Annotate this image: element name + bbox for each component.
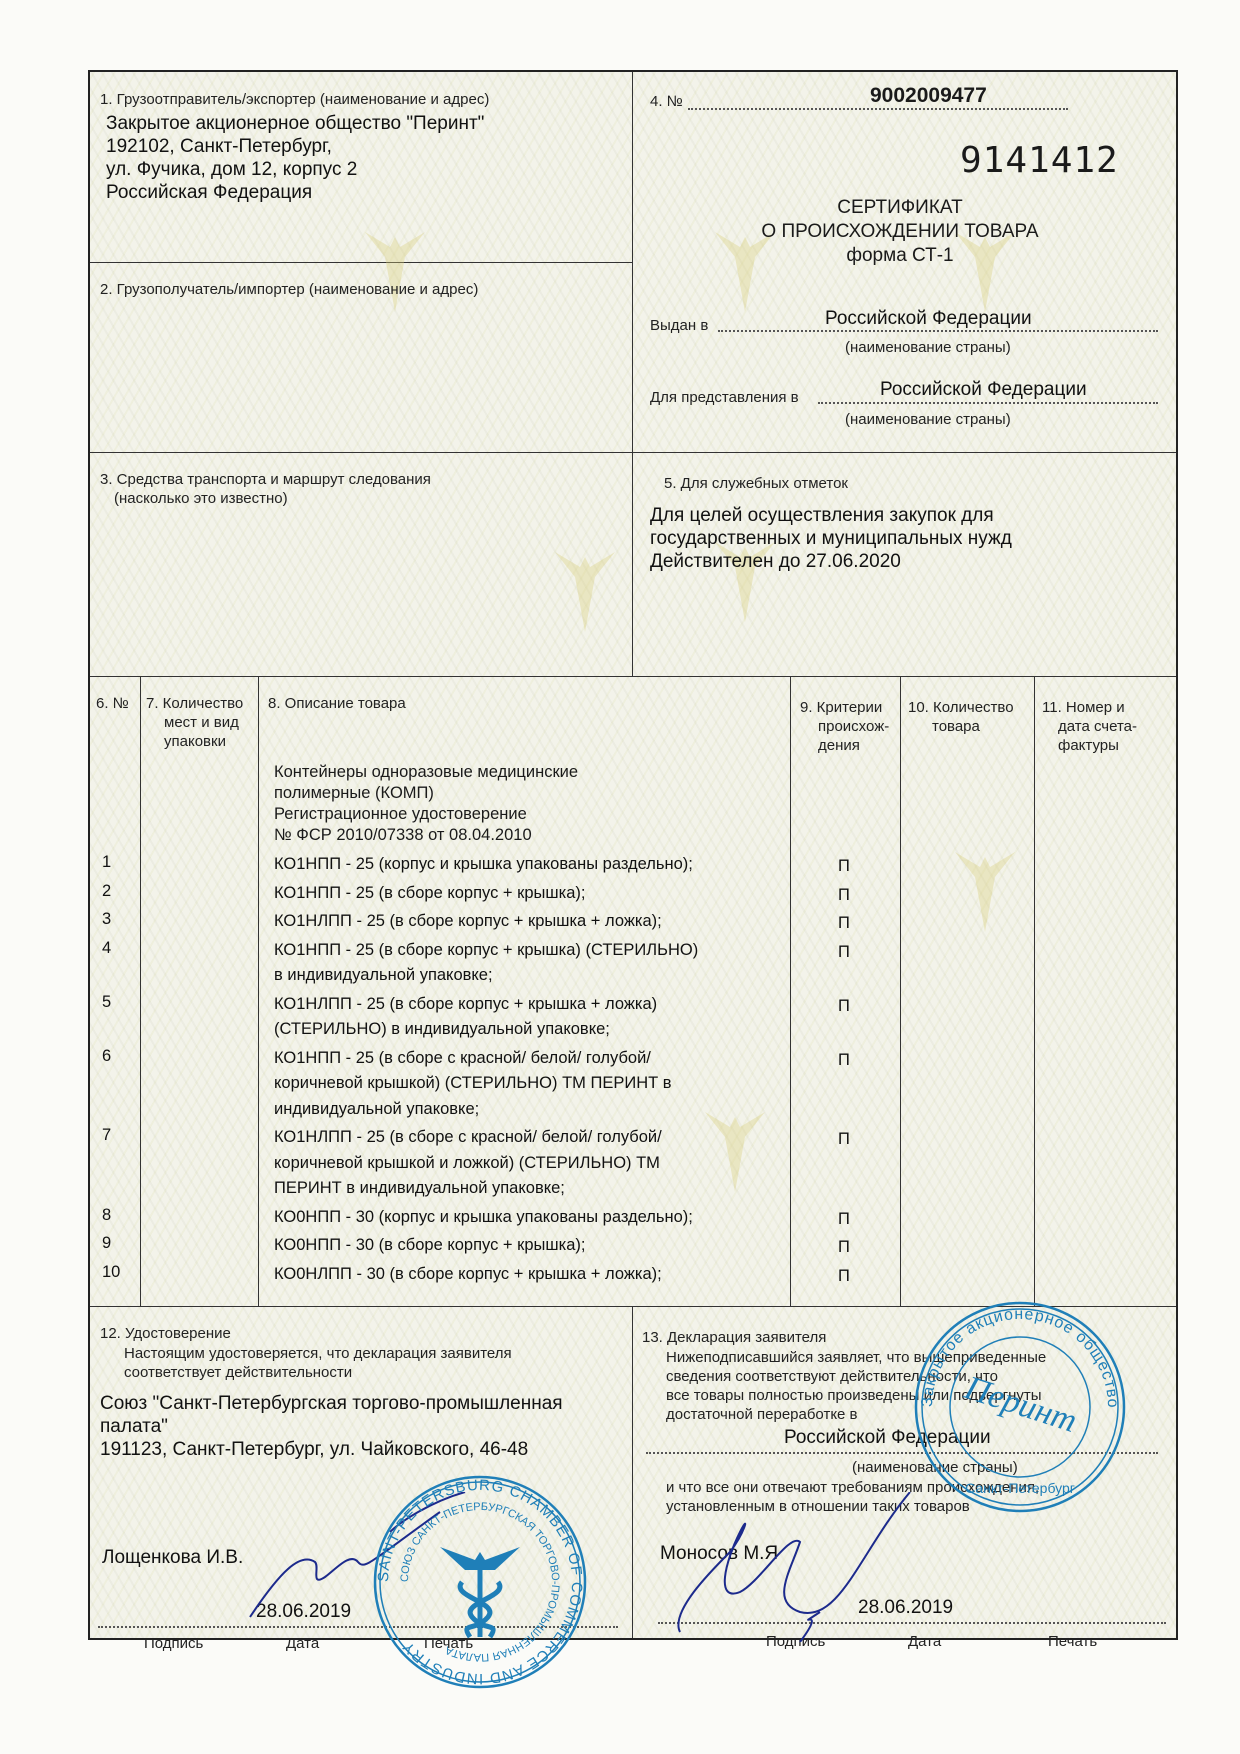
divider <box>90 452 1176 453</box>
row-number: 5 <box>102 992 111 1013</box>
divider <box>140 676 141 1306</box>
divider <box>258 676 259 1306</box>
certificate-form: 1. Грузоотправитель/экспортер (наименова… <box>88 70 1178 1640</box>
present-label: Для представления в <box>650 388 799 407</box>
divider <box>90 676 1176 677</box>
box13-label: 13. Декларация заявителя <box>642 1328 826 1347</box>
box2-label: 2. Грузополучатель/импортер (наименовани… <box>100 280 478 299</box>
intro-line: Контейнеры одноразовые медицинские <box>274 762 578 783</box>
divider <box>900 676 901 1306</box>
row-number: 10 <box>102 1262 120 1283</box>
org-line: палата" <box>100 1415 563 1438</box>
certificate-title: СЕРТИФИКАТ О ПРОИСХОЖДЕНИИ ТОВАРА форма … <box>710 196 1090 268</box>
origin-criterion: П <box>838 1129 850 1150</box>
chamber-stamp-icon: SAINT-PETERSBURG CHAMBER OF COMMERCE AND… <box>370 1472 590 1692</box>
description-line: КО0НПП - 30 (корпус и крышка упакованы р… <box>274 1205 693 1231</box>
present-caption: (наименование страны) <box>845 410 1011 429</box>
box5-label: 5. Для служебных отметок <box>664 474 848 493</box>
divider <box>632 72 633 676</box>
signature-monosov <box>670 1492 930 1642</box>
issued-label: Выдан в <box>650 316 708 335</box>
issued-country: Российской Федерации <box>825 307 1032 330</box>
origin-criterion: П <box>838 1237 850 1258</box>
row-number: 1 <box>102 852 111 873</box>
description-line: КО1НЛПП - 25 (в сборе корпус + крышка + … <box>274 992 657 1018</box>
box12-text: Настоящим удостоверяется, что декларация… <box>124 1344 512 1382</box>
header-line: происхож- <box>800 717 889 736</box>
row-number: 3 <box>102 909 111 930</box>
col-header-criteria: 9. Критерии происхож- дения <box>800 698 889 755</box>
exporter-info: Закрытое акционерное общество "Перинт" 1… <box>106 112 484 204</box>
goods-description: КО1НПП - 25 (в сборе корпус + крышка) (С… <box>274 938 698 989</box>
header-line: 11. Номер и <box>1042 698 1137 717</box>
origin-criterion: П <box>838 913 850 934</box>
description-line: КО0НЛПП - 30 (в сборе корпус + крышка + … <box>274 1262 662 1288</box>
origin-criterion: П <box>838 1266 850 1287</box>
origin-criterion: П <box>838 885 850 906</box>
date-caption: Дата <box>286 1634 319 1653</box>
description-line: в индивидуальной упаковке; <box>274 963 698 989</box>
box12-label: 12. Удостоверение <box>100 1324 231 1343</box>
exporter-address-line: 192102, Санкт-Петербург, <box>106 135 484 158</box>
row-number: 8 <box>102 1205 111 1226</box>
col-header-no: 6. № <box>96 694 129 713</box>
goods-description: КО1НЛПП - 25 (в сборе корпус + крышка + … <box>274 992 657 1043</box>
description-line: КО1НПП - 25 (в сборе корпус + крышка) (С… <box>274 938 698 964</box>
title-line: форма СТ-1 <box>710 244 1090 268</box>
description-line: коричневой крышкой и ложкой) (СТЕРИЛЬНО)… <box>274 1151 662 1177</box>
caduceus-watermark-icon <box>700 1102 770 1192</box>
col-header-invoice: 11. Номер и дата счета- фактуры <box>1042 698 1137 755</box>
goods-description: КО1НЛПП - 25 (в сборе корпус + крышка + … <box>274 909 662 935</box>
col-header-description: 8. Описание товара <box>268 694 406 713</box>
origin-criterion: П <box>838 856 850 877</box>
description-line: КО1НПП - 25 (в сборе корпус + крышка); <box>274 881 585 907</box>
origin-criterion: П <box>838 996 850 1017</box>
title-line: СЕРТИФИКАТ <box>710 196 1090 220</box>
origin-criterion: П <box>838 942 850 963</box>
box1-label: 1. Грузоотправитель/экспортер (наименова… <box>100 90 489 109</box>
title-line: О ПРОИСХОЖДЕНИИ ТОВАРА <box>710 220 1090 244</box>
goods-description: КО1НПП - 25 (в сборе корпус + крышка); <box>274 881 585 907</box>
cert-number: 9002009477 <box>870 84 987 108</box>
svg-text:Санкт-Петербург: Санкт-Петербург <box>965 1480 1075 1496</box>
dotted-line <box>688 108 1068 110</box>
header-line: 7. Количество <box>146 694 243 713</box>
box3-subtitle: (насколько это известно) <box>100 489 431 508</box>
description-line: КО0НПП - 30 (в сборе корпус + крышка); <box>274 1233 585 1259</box>
exporter-address-line: ул. Фучика, дом 12, корпус 2 <box>106 158 484 181</box>
caduceus-watermark-icon <box>550 542 620 632</box>
description-line: коричневой крышкой) (СТЕРИЛЬНО) ТМ ПЕРИН… <box>274 1071 672 1097</box>
svg-text:Перинт: Перинт <box>959 1369 1081 1440</box>
description-line: КО1НПП - 25 (корпус и крышка упакованы р… <box>274 852 693 878</box>
box3-label: 3. Средства транспорта и маршрут следова… <box>100 470 431 508</box>
goods-description: КО1НПП - 25 (в сборе с красной/ белой/ г… <box>274 1046 672 1123</box>
serial-number: 9141412 <box>960 140 1119 181</box>
description-line: ПЕРИНТ в индивидуальной упаковке; <box>274 1176 662 1202</box>
row-number: 7 <box>102 1125 111 1146</box>
intro-line: полимерные (КОМП) <box>274 783 578 804</box>
header-line: мест и вид <box>146 713 243 732</box>
chamber-info: Союз "Санкт-Петербургская торгово-промыш… <box>100 1392 563 1461</box>
exporter-country: Российская Федерация <box>106 181 484 204</box>
divider <box>1034 676 1035 1306</box>
org-address: 191123, Санкт-Петербург, ул. Чайковского… <box>100 1438 563 1461</box>
seal-caption: Печать <box>1048 1632 1097 1651</box>
org-line: Союз "Санкт-Петербургская торгово-промыш… <box>100 1392 563 1415</box>
description-line: КО1НЛПП - 25 (в сборе корпус + крышка + … <box>274 909 662 935</box>
description-line: КО1НПП - 25 (в сборе с красной/ белой/ г… <box>274 1046 672 1072</box>
header-line: 9. Критерии <box>800 698 889 717</box>
exporter-name: Закрытое акционерное общество "Перинт" <box>106 112 484 135</box>
goods-intro: Контейнеры одноразовые медицинские полим… <box>274 762 578 846</box>
text-line: Настоящим удостоверяется, что декларация… <box>124 1344 512 1363</box>
note-line: государственных и муниципальных нужд <box>650 527 1012 550</box>
service-notes: Для целей осуществления закупок для госу… <box>650 504 1012 573</box>
header-line: товара <box>908 717 1014 736</box>
registration-number: № ФСР 2010/07338 от 08.04.2010 <box>274 825 578 846</box>
text-line: соответствует действительности <box>124 1363 512 1382</box>
header-line: упаковки <box>146 732 243 751</box>
caduceus-watermark-icon <box>950 842 1020 932</box>
box3-title: 3. Средства транспорта и маршрут следова… <box>100 470 431 489</box>
goods-description: КО0НПП - 30 (корпус и крышка упакованы р… <box>274 1205 693 1231</box>
origin-criterion: П <box>838 1209 850 1230</box>
header-line: фактуры <box>1042 736 1137 755</box>
row-number: 4 <box>102 938 111 959</box>
row-number: 2 <box>102 881 111 902</box>
issued-caption: (наименование страны) <box>845 338 1011 357</box>
box12-signer: Лощенкова И.В. <box>102 1546 243 1569</box>
row-number: 9 <box>102 1233 111 1254</box>
company-stamp-icon: Закрытое акционерное общество Перинт Сан… <box>910 1297 1130 1517</box>
divider <box>632 1306 633 1638</box>
goods-description: КО1НЛПП - 25 (в сборе с красной/ белой/ … <box>274 1125 662 1202</box>
description-line: (СТЕРИЛЬНО) в индивидуальной упаковке; <box>274 1017 657 1043</box>
description-line: индивидуальной упаковке; <box>274 1097 672 1123</box>
validity-note: Действителен до 27.06.2020 <box>650 550 1012 573</box>
goods-description: КО0НПП - 30 (в сборе корпус + крышка); <box>274 1233 585 1259</box>
cert-number-label: 4. № <box>650 92 683 111</box>
header-line: 10. Количество <box>908 698 1014 717</box>
description-line: КО1НЛПП - 25 (в сборе с красной/ белой/ … <box>274 1125 662 1151</box>
origin-criterion: П <box>838 1050 850 1071</box>
col-header-quantity: 10. Количество товара <box>908 698 1014 736</box>
dotted-line <box>818 402 1158 404</box>
header-line: дата счета- <box>1042 717 1137 736</box>
intro-line: Регистрационное удостоверение <box>274 804 578 825</box>
col-header-packages: 7. Количество мест и вид упаковки <box>146 694 243 751</box>
row-number: 6 <box>102 1046 111 1067</box>
header-line: дения <box>800 736 889 755</box>
goods-description: КО0НЛПП - 30 (в сборе корпус + крышка + … <box>274 1262 662 1288</box>
signature-caption: Подпись <box>144 1634 203 1653</box>
present-country: Российской Федерации <box>880 378 1087 401</box>
note-line: Для целей осуществления закупок для <box>650 504 1012 527</box>
goods-description: КО1НПП - 25 (корпус и крышка упакованы р… <box>274 852 693 878</box>
dotted-line <box>718 330 1158 332</box>
divider <box>790 676 791 1306</box>
